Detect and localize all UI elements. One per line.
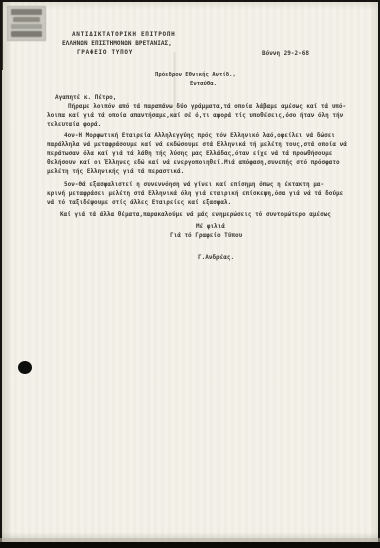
letter-date: Βόννη 29-2-68 [262, 50, 309, 57]
stamp-text-row [13, 17, 40, 22]
scan-edge-left [0, 0, 2, 548]
recipient-line2: Ενταύθα. [190, 81, 217, 88]
body-line: μελέτη τής Ελληνικής γιά τά περαστικά. [47, 168, 184, 175]
closing-regards: Μέ φιλιά [196, 223, 225, 230]
body-line: Καί γιά τά άλλα θέματα,παρακαλούμε νά μά… [60, 211, 331, 218]
archive-stamp-icon [7, 6, 46, 41]
stamp-text-row [11, 24, 42, 29]
closing-on-behalf: Γιά τό Γραφείο Τύπου [170, 232, 242, 239]
body-line: Πήραμε λοιπόν από τά παραπάνω δύο γράμμα… [68, 103, 346, 110]
body-line: 4ον-Η Μορφωτική Εταιρεία Αλληλεγγύης πρό… [64, 132, 335, 139]
salutation: Αγαπητέ κ. Πέτρο, [55, 94, 116, 101]
scan-edge-bottom [0, 542, 380, 548]
letterhead-org-line3: ΓΡΑΦΕΙΟ ΤΥΠΟΥ [77, 49, 133, 56]
stamp-text-row [11, 31, 42, 37]
body-line: 5ον-Θά εξασφαλιστεί η συνεννόηση νά γίνε… [64, 181, 324, 188]
stamp-text-row [11, 9, 42, 15]
body-line: κρινή μεταφράσει μελέτη στά Ελληνικά όλη… [47, 190, 343, 197]
letterhead-org-line2: ΕΛΛΗΝΩΝ ΕΠΙΣΤΗΜΟΝΩΝ ΒΡΕΤΑΝΙΑΣ, [62, 40, 172, 47]
body-line: νά τό ταξιδέψουμε στίς άλλες Εταιρείες κ… [47, 199, 231, 206]
scan-edge-left-corner [0, 0, 3, 70]
scanned-letter-page: ΑΝΤΙΔΙΚΤΑΤΟΡΙΚΗ ΕΠΙΤΡΟΠΗ ΕΛΛΗΝΩΝ ΕΠΙΣΤΗΜ… [0, 0, 380, 548]
body-line: λοιπα καί γιά τά οποία απαντήσαμε,καί σέ… [47, 112, 343, 119]
body-line: παράλληλα νά μεταφράσουμε καί νά εκδώσου… [47, 141, 347, 148]
letterhead-org-line1: ΑΝΤΙΔΙΚΤΑΤΟΡΙΚΗ ΕΠΙΤΡΟΠΗ [72, 31, 176, 38]
body-line: τελευταία φορά. [47, 121, 101, 128]
body-line: περάτωσαν όλα καί γιά τά λάθη τής λύσης … [47, 150, 332, 157]
scan-edge-top [0, 0, 380, 2]
signature: Γ.Ανδρέας. [198, 254, 234, 261]
recipient-line1: Πρόεδρον Εθνικής Αντίδ., [155, 72, 236, 79]
hole-punch-dot [18, 361, 32, 374]
body-line: θελήσουν καί οι Έλληνες εδώ καί νά ενεργ… [47, 159, 340, 166]
